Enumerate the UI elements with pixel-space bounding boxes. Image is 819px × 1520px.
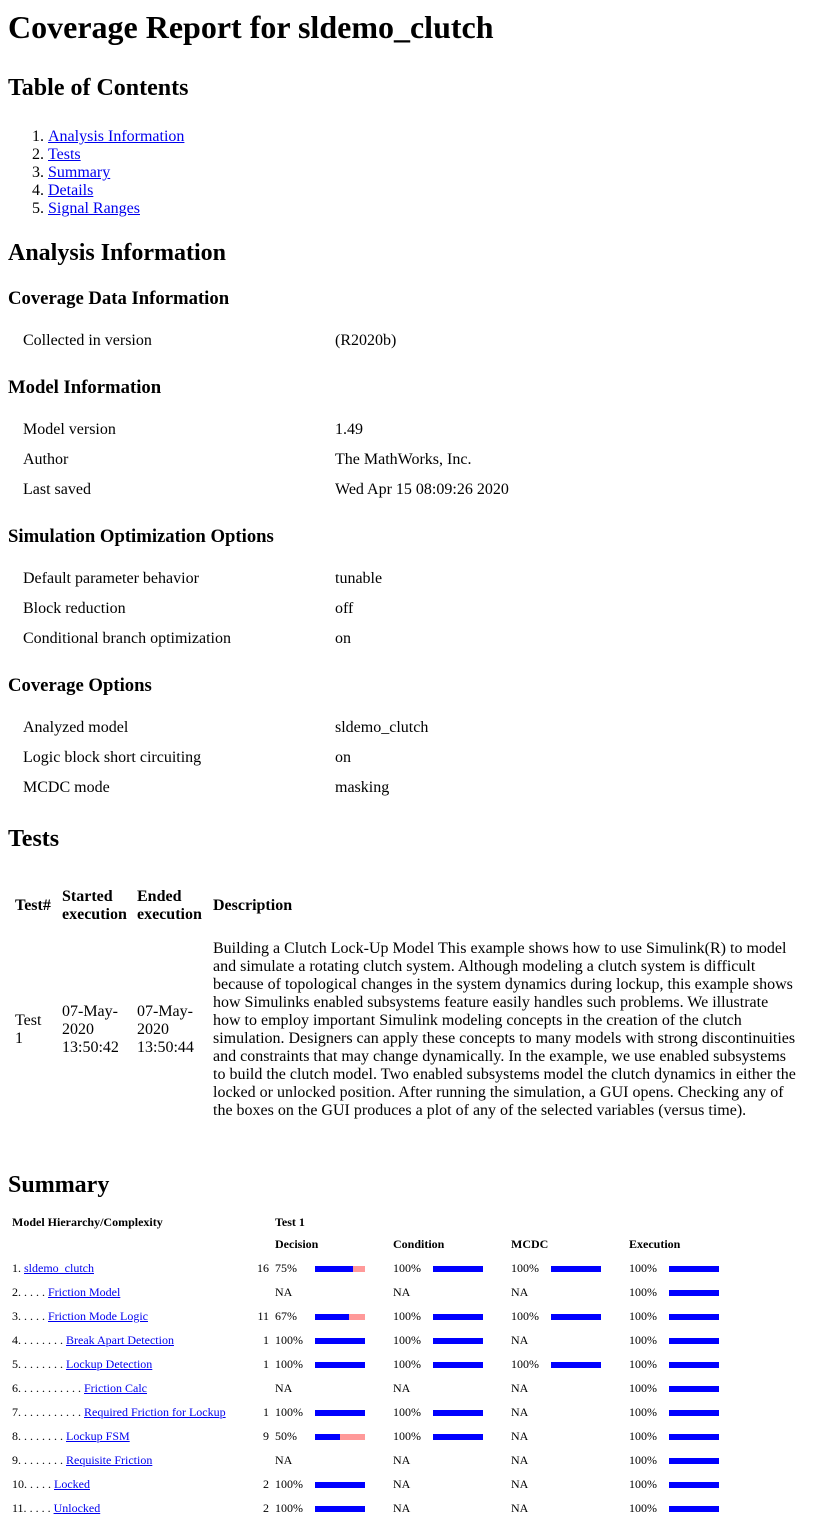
test-description: Building a Clutch Lock-Up Model This exa…: [206, 936, 800, 1132]
table-row: 4. . . . . . . . Break Apart Detection11…: [8, 1328, 725, 1352]
table-row: 3. . . . . Friction Mode Logic1167%100%1…: [8, 1304, 725, 1328]
decision-percent: NA: [271, 1376, 315, 1400]
header-mcdc: MCDC: [507, 1234, 607, 1256]
hierarchy-cell: 3. . . . . Friction Mode Logic: [8, 1304, 253, 1328]
table-row: 8. . . . . . . . Lockup FSM950%100%NA100…: [8, 1424, 725, 1448]
toc-link-tests[interactable]: Tests: [48, 146, 81, 163]
toc-item: Summary: [48, 164, 811, 182]
model-link[interactable]: Locked: [54, 1477, 90, 1491]
info-key: Conditional branch optimization: [8, 624, 320, 654]
execution-percent: 100%: [625, 1448, 669, 1472]
condition-percent: 100%: [389, 1424, 433, 1448]
info-table: Analyzed modelsldemo_clutch Logic block …: [8, 713, 443, 803]
decision-percent: 100%: [271, 1352, 315, 1376]
complexity: 16: [253, 1256, 271, 1280]
execution-coverage-bar: [669, 1314, 719, 1320]
execution-coverage-bar: [669, 1362, 719, 1368]
table-row: 6. . . . . . . . . . . Friction CalcNANA…: [8, 1376, 725, 1400]
condition-coverage-bar: [433, 1338, 483, 1344]
execution-coverage-bar: [669, 1338, 719, 1344]
info-key: Author: [8, 445, 320, 475]
decision-coverage-bar: [315, 1506, 365, 1512]
row-indent-dots: . . . .: [27, 1477, 51, 1491]
mcdc-percent: NA: [507, 1472, 551, 1496]
model-link[interactable]: Break Apart Detection: [66, 1333, 174, 1347]
complexity: [253, 1376, 271, 1400]
info-row: Analyzed modelsldemo_clutch: [8, 713, 443, 743]
info-row: Logic block short circuitingon: [8, 743, 443, 773]
mcdc-coverage-bar: [551, 1314, 601, 1320]
decision-percent: 100%: [271, 1496, 315, 1520]
info-key: Default parameter behavior: [8, 564, 320, 594]
row-index: 2.: [12, 1285, 21, 1299]
condition-coverage-bar: [433, 1410, 483, 1416]
mcdc-coverage-bar: [551, 1266, 601, 1272]
decision-coverage-bar: [315, 1362, 365, 1368]
decision-coverage-bar: [315, 1410, 365, 1416]
execution-coverage-bar: [669, 1290, 719, 1296]
decision-percent: 75%: [271, 1256, 315, 1280]
info-row: Last savedWed Apr 15 08:09:26 2020: [8, 475, 524, 505]
info-key: Collected in version: [8, 326, 320, 356]
row-index: 8.: [12, 1429, 21, 1443]
complexity: [253, 1280, 271, 1304]
info-value: off: [320, 594, 397, 624]
condition-percent: 100%: [389, 1304, 433, 1328]
model-link[interactable]: Lockup FSM: [66, 1429, 130, 1443]
condition-percent: NA: [389, 1280, 433, 1304]
table-row: Test 1 07-May-2020 13:50:42 07-May-2020 …: [8, 936, 800, 1132]
hierarchy-cell: 2. . . . . Friction Model: [8, 1280, 253, 1304]
info-row: Conditional branch optimizationon: [8, 624, 397, 654]
condition-percent: NA: [389, 1472, 433, 1496]
row-indent-dots: . . . . . . .: [21, 1453, 63, 1467]
table-row: 1. sldemo_clutch1675%100%100%100%: [8, 1256, 725, 1280]
execution-coverage-bar: [669, 1266, 719, 1272]
started-execution: 07-May-2020 13:50:42: [55, 936, 130, 1132]
execution-percent: 100%: [625, 1400, 669, 1424]
table-row: 2. . . . . Friction ModelNANANA100%: [8, 1280, 725, 1304]
header-condition: Condition: [389, 1234, 489, 1256]
decision-percent: 100%: [271, 1472, 315, 1496]
decision-coverage-bar: [315, 1482, 365, 1488]
info-value: (R2020b): [320, 326, 411, 356]
execution-percent: 100%: [625, 1376, 669, 1400]
model-link[interactable]: Friction Mode Logic: [48, 1309, 148, 1323]
info-key: Last saved: [8, 475, 320, 505]
complexity: 1: [253, 1328, 271, 1352]
analysis-information-title: Analysis Information: [8, 239, 811, 267]
info-value: sldemo_clutch: [320, 713, 443, 743]
hierarchy-cell: 4. . . . . . . . Break Apart Detection: [8, 1328, 253, 1352]
toc-link-summary[interactable]: Summary: [48, 164, 110, 181]
toc-item: Tests: [48, 146, 811, 164]
model-link[interactable]: Requisite Friction: [66, 1453, 152, 1467]
info-table: Collected in version (R2020b): [8, 326, 411, 356]
table-row: 9. . . . . . . . Requisite FrictionNANAN…: [8, 1448, 725, 1472]
model-link[interactable]: Required Friction for Lockup: [84, 1405, 226, 1419]
decision-percent: NA: [271, 1280, 315, 1304]
tests-header-row: Test# Started execution Ended execution …: [8, 884, 800, 936]
info-value: 1.49: [320, 415, 524, 445]
ended-execution: 07-May-2020 13:50:44: [130, 936, 206, 1132]
condition-percent: 100%: [389, 1328, 433, 1352]
header-description: Description: [206, 884, 800, 936]
info-key: Analyzed model: [8, 713, 320, 743]
execution-percent: 100%: [625, 1472, 669, 1496]
table-row: 5. . . . . . . . Lockup Detection1100%10…: [8, 1352, 725, 1376]
execution-coverage-bar: [669, 1410, 719, 1416]
toc-link-signal-ranges[interactable]: Signal Ranges: [48, 200, 140, 217]
execution-percent: 100%: [625, 1280, 669, 1304]
execution-coverage-bar: [669, 1506, 719, 1512]
complexity: [253, 1448, 271, 1472]
decision-percent: 100%: [271, 1400, 315, 1424]
table-row: 11. . . . . Unlocked2100%NANA100%: [8, 1496, 725, 1520]
execution-coverage-bar: [669, 1458, 719, 1464]
info-row: Default parameter behaviortunable: [8, 564, 397, 594]
model-link[interactable]: sldemo_clutch: [24, 1261, 94, 1275]
hierarchy-cell: 1. sldemo_clutch: [8, 1256, 253, 1280]
section-title: Model Information: [8, 377, 811, 398]
info-row: Model version1.49: [8, 415, 524, 445]
info-value: tunable: [320, 564, 397, 594]
mcdc-percent: 100%: [507, 1256, 551, 1280]
condition-coverage-bar: [433, 1314, 483, 1320]
header-started-execution: Started execution: [55, 884, 130, 936]
summary-title: Summary: [8, 1171, 811, 1199]
mcdc-percent: NA: [507, 1424, 551, 1448]
simulation-optimization-options: Simulation Optimization Options Default …: [8, 526, 811, 654]
row-index: 5.: [12, 1357, 21, 1371]
info-table: Model version1.49 AuthorThe MathWorks, I…: [8, 415, 524, 505]
section-title: Simulation Optimization Options: [8, 526, 811, 547]
row-index: 1.: [12, 1261, 21, 1275]
row-index: 10.: [12, 1477, 27, 1491]
decision-percent: NA: [271, 1448, 315, 1472]
summary-table: Model Hierarchy/Complexity Test 1 Decisi…: [8, 1212, 725, 1520]
mcdc-percent: 100%: [507, 1352, 551, 1376]
info-value: The MathWorks, Inc.: [320, 445, 524, 475]
row-index: 6.: [12, 1381, 21, 1395]
hierarchy-cell: 9. . . . . . . . Requisite Friction: [8, 1448, 253, 1472]
tests-table: Test# Started execution Ended execution …: [8, 884, 800, 1132]
info-value: on: [320, 743, 443, 773]
toc-item: Details: [48, 182, 811, 200]
mcdc-percent: NA: [507, 1400, 551, 1424]
condition-percent: NA: [389, 1496, 433, 1520]
complexity: 1: [253, 1352, 271, 1376]
execution-coverage-bar: [669, 1482, 719, 1488]
toc-item: Analysis Information: [48, 128, 811, 146]
execution-percent: 100%: [625, 1352, 669, 1376]
info-value: masking: [320, 773, 443, 803]
hierarchy-cell: 5. . . . . . . . Lockup Detection: [8, 1352, 253, 1376]
mcdc-percent: 100%: [507, 1304, 551, 1328]
info-value: on: [320, 624, 397, 654]
execution-percent: 100%: [625, 1496, 669, 1520]
test-number: Test 1: [8, 936, 55, 1132]
hierarchy-cell: 11. . . . . Unlocked: [8, 1496, 253, 1520]
decision-coverage-bar: [315, 1314, 365, 1320]
row-indent-dots: . . . .: [21, 1309, 45, 1323]
tests-title: Tests: [8, 825, 811, 853]
row-indent-dots: . . . .: [21, 1285, 45, 1299]
decision-percent: 67%: [271, 1304, 315, 1328]
table-row: 7. . . . . . . . . . . Required Friction…: [8, 1400, 725, 1424]
row-indent-dots: . . . . . . . . . .: [21, 1381, 81, 1395]
execution-percent: 100%: [625, 1328, 669, 1352]
condition-percent: 100%: [389, 1256, 433, 1280]
execution-percent: 100%: [625, 1304, 669, 1328]
execution-coverage-bar: [669, 1434, 719, 1440]
decision-percent: 100%: [271, 1328, 315, 1352]
info-row: Collected in version (R2020b): [8, 326, 411, 356]
mcdc-percent: NA: [507, 1376, 551, 1400]
complexity: 2: [253, 1496, 271, 1520]
toc-link-analysis-information[interactable]: Analysis Information: [48, 128, 184, 145]
hierarchy-cell: 7. . . . . . . . . . . Required Friction…: [8, 1400, 253, 1424]
complexity: 9: [253, 1424, 271, 1448]
info-row: MCDC modemasking: [8, 773, 443, 803]
condition-percent: NA: [389, 1376, 433, 1400]
model-information: Model Information Model version1.49 Auth…: [8, 377, 811, 505]
execution-percent: 100%: [625, 1256, 669, 1280]
header-ended-execution: Ended execution: [130, 884, 206, 936]
condition-coverage-bar: [433, 1362, 483, 1368]
page-title: Coverage Report for sldemo_clutch: [8, 9, 811, 46]
condition-coverage-bar: [433, 1434, 483, 1440]
mcdc-percent: NA: [507, 1328, 551, 1352]
condition-percent: 100%: [389, 1400, 433, 1424]
row-index: 11.: [12, 1501, 27, 1515]
table-row: 10. . . . . Locked2100%NANA100%: [8, 1472, 725, 1496]
header-test-1: Test 1: [271, 1212, 725, 1234]
info-key: Block reduction: [8, 594, 320, 624]
summary-header-row: Model Hierarchy/Complexity Test 1: [8, 1212, 725, 1234]
row-indent-dots: . . . . . . .: [21, 1333, 63, 1347]
info-table: Default parameter behaviortunable Block …: [8, 564, 397, 654]
condition-percent: NA: [389, 1448, 433, 1472]
section-title: Coverage Data Information: [8, 288, 811, 309]
summary-metric-header-row: Decision Condition MCDC Execution: [8, 1234, 725, 1256]
row-indent-dots: . . . . . . .: [21, 1429, 63, 1443]
info-key: MCDC mode: [8, 773, 320, 803]
mcdc-percent: NA: [507, 1280, 551, 1304]
header-model-hierarchy: Model Hierarchy/Complexity: [8, 1212, 253, 1234]
mcdc-percent: NA: [507, 1496, 551, 1520]
row-indent-dots: . . . . . . .: [21, 1357, 63, 1371]
complexity: 1: [253, 1400, 271, 1424]
coverage-options: Coverage Options Analyzed modelsldemo_cl…: [8, 675, 811, 803]
model-link[interactable]: Friction Calc: [84, 1381, 147, 1395]
decision-percent: 50%: [271, 1424, 315, 1448]
mcdc-percent: NA: [507, 1448, 551, 1472]
table-of-contents: Analysis Information Tests Summary Detai…: [8, 128, 811, 218]
header-decision: Decision: [271, 1234, 371, 1256]
section-title: Coverage Options: [8, 675, 811, 696]
model-link[interactable]: Friction Model: [48, 1285, 120, 1299]
decision-coverage-bar: [315, 1434, 365, 1440]
execution-coverage-bar: [669, 1386, 719, 1392]
info-row: AuthorThe MathWorks, Inc.: [8, 445, 524, 475]
coverage-data-information: Coverage Data Information Collected in v…: [8, 288, 811, 356]
toc-item: Signal Ranges: [48, 200, 811, 218]
info-row: Block reductionoff: [8, 594, 397, 624]
complexity: 11: [253, 1304, 271, 1328]
info-value: Wed Apr 15 08:09:26 2020: [320, 475, 524, 505]
toc-title: Table of Contents: [8, 74, 811, 102]
header-test-number: Test#: [8, 884, 55, 936]
toc-link-details[interactable]: Details: [48, 182, 93, 199]
condition-percent: 100%: [389, 1352, 433, 1376]
info-key: Model version: [8, 415, 320, 445]
hierarchy-cell: 8. . . . . . . . Lockup FSM: [8, 1424, 253, 1448]
row-index: 3.: [12, 1309, 21, 1323]
row-indent-dots: . . . . . . . . . .: [21, 1405, 81, 1419]
execution-percent: 100%: [625, 1424, 669, 1448]
row-index: 4.: [12, 1333, 21, 1347]
decision-coverage-bar: [315, 1338, 365, 1344]
model-link[interactable]: Unlocked: [54, 1501, 101, 1515]
info-key: Logic block short circuiting: [8, 743, 320, 773]
hierarchy-cell: 10. . . . . Locked: [8, 1472, 253, 1496]
decision-coverage-bar: [315, 1266, 365, 1272]
header-execution: Execution: [625, 1234, 725, 1256]
mcdc-coverage-bar: [551, 1362, 601, 1368]
model-link[interactable]: Lockup Detection: [66, 1357, 152, 1371]
complexity: 2: [253, 1472, 271, 1496]
row-index: 7.: [12, 1405, 21, 1419]
condition-coverage-bar: [433, 1266, 483, 1272]
hierarchy-cell: 6. . . . . . . . . . . Friction Calc: [8, 1376, 253, 1400]
row-index: 9.: [12, 1453, 21, 1467]
row-indent-dots: . . . .: [27, 1501, 51, 1515]
